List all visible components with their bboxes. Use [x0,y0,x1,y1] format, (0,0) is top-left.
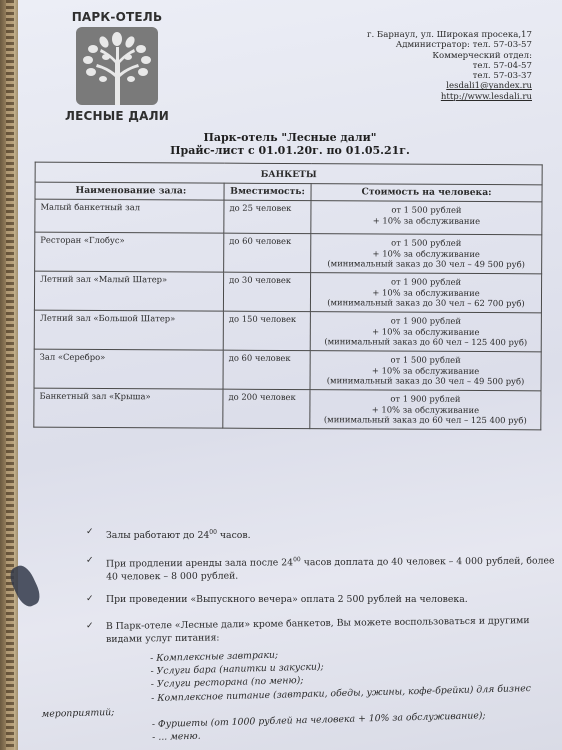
title-line-2: Прайс-лист с 01.01.20г. по 01.05.21г. [140,144,440,157]
hall-price: от 1 500 рублей+ 10% за обслуживание(мин… [310,351,541,391]
note-item: ✓ При продлении аренды зала после 2400 ч… [86,551,556,583]
minimum-order: (минимальный заказ до 30 чел – 62 700 ру… [316,297,536,309]
checkmark-icon: ✓ [86,526,94,539]
address: г. Барнаул, ул. Широкая просека,17 [367,30,532,40]
phone-1: тел. 57-04-57 [367,61,532,71]
website-link[interactable]: http://www.lesdali.ru [441,92,532,102]
hall-capacity: до 25 человек [224,200,311,233]
checkmark-icon: ✓ [86,620,94,633]
note-item: ✓ В Парк-отеле «Лесные дали» кроме банке… [86,614,556,647]
hall-name: Банкетный зал «Крыша» [34,388,223,428]
logo-top-text: ПАРК-ОТЕЛЬ [62,10,172,24]
hall-capacity: до 60 человек [223,350,310,389]
table-caption: БАНКЕТЫ [35,162,542,185]
minimum-order: (минимальный заказ до 60 чел – 125 400 р… [315,414,535,426]
note-item: ✓ Залы работают до 2400 часов. [86,526,556,542]
minimum-order: (минимальный заказ до 30 чел – 49 500 ру… [316,375,536,387]
hall-price: от 1 900 рублей+ 10% за обслуживание(мин… [310,312,541,352]
hall-name: Ресторан «Глобус» [35,232,224,272]
service-fee: + 10% за обслуживание [316,215,536,227]
table-row: Летний зал «Малый Шатер»до 30 человекот … [34,271,541,313]
email-link[interactable]: lesdali1@yandex.ru [446,81,532,91]
admin-phone: Администратор: тел. 57-03-57 [367,40,532,50]
services-list: - Комплексные завтраки; - Услуги бара (н… [150,642,532,744]
table-row: Зал «Серебро»до 60 человекот 1 500 рубле… [34,349,541,391]
hall-capacity: до 200 человек [223,389,310,428]
hall-capacity: до 60 человек [224,233,311,272]
hall-price: от 1 900 рублей+ 10% за обслуживание(мин… [310,390,541,430]
tree-icon [76,27,158,105]
phone-2: тел. 57-03-37 [367,71,532,81]
hotel-logo: ПАРК-ОТЕЛЬ ЛЕСНЫЕ ДАЛИ [62,10,172,123]
hall-price: от 1 900 рублей+ 10% за обслуживание(мин… [310,273,541,313]
header-capacity: Вместимость: [224,183,311,200]
note-item: ✓ При проведении «Выпускного вечера» опл… [86,593,556,606]
checkmark-icon: ✓ [86,593,94,606]
table-row: Ресторан «Глобус»до 60 человекот 1 500 р… [35,232,542,274]
binder-stitch [6,0,14,750]
hall-name: Летний зал «Малый Шатер» [34,271,223,311]
banquet-price-table: БАНКЕТЫ Наименование зала: Вместимость: … [33,162,542,431]
document-title: Парк-отель "Лесные дали" Прайс-лист с 01… [140,131,440,157]
minimum-order: (минимальный заказ до 60 чел – 125 400 р… [316,336,536,348]
table-row: Малый банкетный залдо 25 человекот 1 500… [35,199,542,235]
table-row: Летний зал «Большой Шатер»до 150 человек… [34,310,541,352]
checkmark-icon: ✓ [86,555,94,568]
header-price: Стоимость на человека: [311,184,542,202]
hall-capacity: до 150 человек [223,311,310,350]
minimum-order: (минимальный заказ до 30 чел – 49 500 ру… [316,258,536,270]
header-hall-name: Наименование зала: [35,182,224,200]
title-line-1: Парк-отель "Лесные дали" [140,131,440,144]
commercial-label: Коммерческий отдел: [367,51,532,61]
hall-capacity: до 30 человек [223,272,310,311]
hall-name: Летний зал «Большой Шатер» [34,310,223,350]
table-row: Банкетный зал «Крыша»до 200 человекот 1 … [34,388,541,430]
notes-list: ✓ Залы работают до 2400 часов. ✓ При про… [86,526,556,654]
hall-name: Малый банкетный зал [35,199,224,233]
hall-price: от 1 500 рублей+ 10% за обслуживание [311,201,542,235]
logo-bottom-text: ЛЕСНЫЕ ДАЛИ [62,109,172,123]
contact-block: г. Барнаул, ул. Широкая просека,17 Админ… [367,30,532,102]
hall-name: Зал «Серебро» [34,349,223,389]
hall-price: от 1 500 рублей+ 10% за обслуживание(мин… [311,234,542,274]
